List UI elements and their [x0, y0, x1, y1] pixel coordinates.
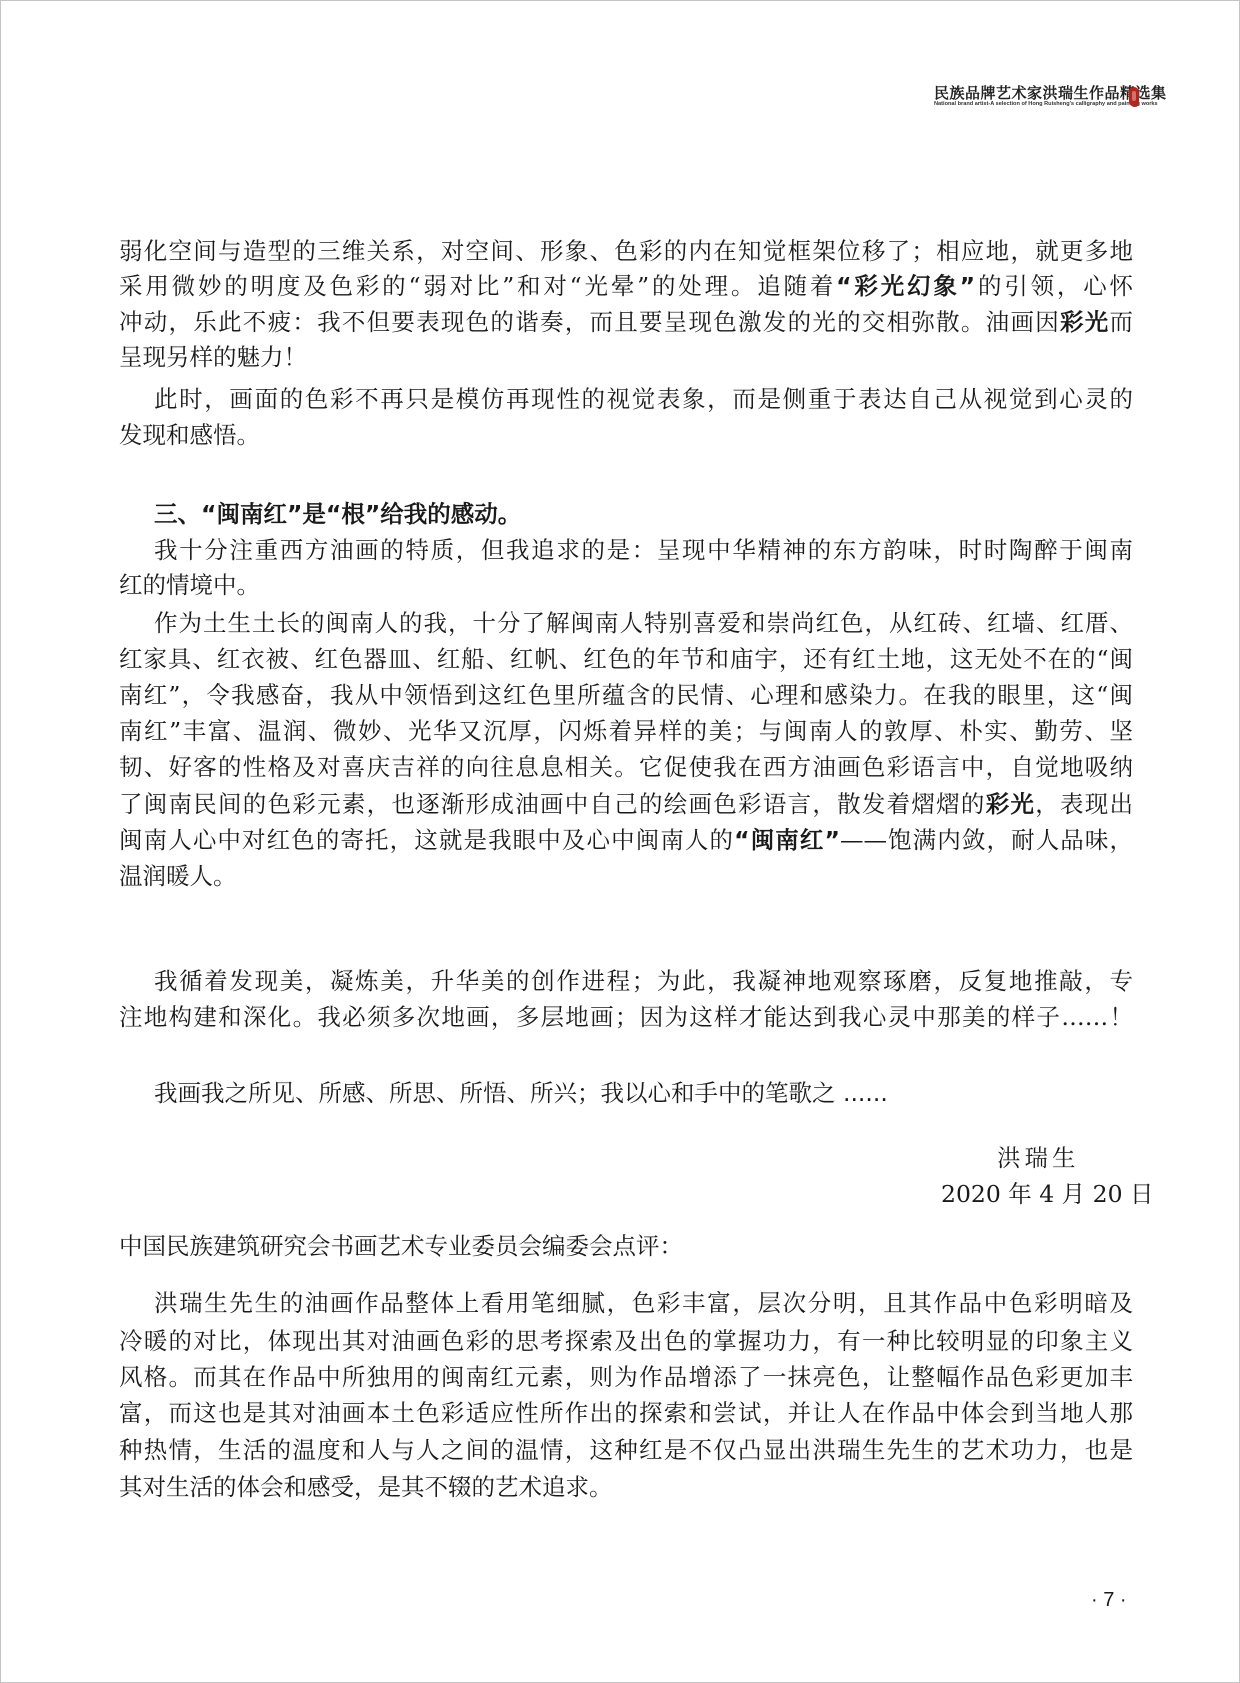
closing-text: 所见、所感、所思、所悟、所兴；我以心和手中的笔歌之 ......	[248, 1079, 888, 1107]
review-line: 其对生活的体会和感受，是其不辍的艺术追求。	[119, 1469, 1133, 1505]
review-line: 洪瑞生先生的油画作品整体上看用笔细腻，色彩丰富，层次分明，且其作品中色彩明暗及	[119, 1285, 1133, 1321]
emphasis-text: 彩光	[1060, 308, 1110, 336]
emphasis-text: “彩光幻象”	[836, 272, 975, 300]
emphasis-text: 彩光	[986, 790, 1036, 818]
body-line: 红家具、红衣被、红色器皿、红船、红帆、红色的年节和庙宇，还有红土地，这无处不在的…	[119, 641, 1133, 677]
body-line: 发现和感悟。	[119, 417, 1133, 453]
body-line: 采用微妙的明度及色彩的“弱对比”和对“光晕”的处理。追随着“彩光幻象”的引领，心…	[119, 268, 1133, 304]
body-line: 温润暖人。	[119, 858, 1133, 894]
review-line: 风格。而其在作品中所独用的闽南红元素，则为作品增添了一抹亮色，让整幅作品色彩更加…	[119, 1359, 1133, 1395]
body-line: 红的情境中。	[119, 567, 1133, 603]
review-line: 富，而这也是其对油画本土色彩适应性所作出的探索和尝试，并让人在作品中体会到当地人…	[119, 1395, 1133, 1431]
signature-date: 2020 年 4 月 20 日	[941, 1176, 1154, 1212]
review-line: 冷暖的对比，体现出其对油画色彩的思考探索及出色的掌握功力，有一种比较明显的印象主…	[119, 1323, 1133, 1359]
header-title: 民族品牌艺术家洪瑞生作品精选集	[934, 85, 1134, 101]
review-line: 种热情，生活的温度和人与人之间的温情，这种红是不仅凸显出洪瑞生先生的艺术功力，也…	[119, 1432, 1133, 1468]
body-line: 弱化空间与造型的三维关系，对空间、形象、色彩的内在知觉框架位移了；相应地，就更多…	[119, 233, 1133, 269]
document-page: 民族品牌艺术家洪瑞生作品精选集 National brand artist-A …	[0, 0, 1240, 1683]
section-heading: 三、“闽南红”是“根”给我的感动。	[119, 496, 1133, 532]
signature-name: 洪瑞生	[997, 1140, 1080, 1176]
body-line: 闽南人心中对红色的寄托，这就是我眼中及心中闽南人的“闽南红”——饱满内敛，耐人品…	[119, 822, 1133, 858]
emphasis-text: “闽南红”	[734, 826, 840, 854]
body-line: 此时，画面的色彩不再只是模仿再现性的视觉表象，而是侧重于表达自己从视觉到心灵的	[119, 381, 1133, 417]
page-number: · 7 ·	[1091, 1587, 1127, 1613]
body-line: 我循着发现美，凝炼美，升华美的创作进程；为此，我凝神地观察琢磨，反复地推敲，专	[119, 963, 1133, 999]
body-line: 我十分注重西方油画的特质，但我追求的是：呈现中华精神的东方韵味，时时陶醉于闽南	[119, 532, 1133, 568]
header-subtitle: National brand artist-A selection of Hon…	[934, 101, 1134, 108]
body-line: 冲动，乐此不疲：我不但要表现色的谐奏，而且要呈现色激发的光的交相弥散。油画因彩光…	[119, 304, 1133, 340]
body-line: 了闽南民间的色彩元素，也逐渐形成油画中自己的绘画色彩语言，散发着熠熠的彩光，表现…	[119, 786, 1133, 822]
body-line: 南红”，令我感奋，我从中领悟到这红色里所蕴含的民情、心理和感染力。在我的眼里，这…	[119, 677, 1133, 713]
body-line: 韧、好客的性格及对喜庆吉祥的向往息息相关。它促使我在西方油画色彩语言中，自觉地吸…	[119, 749, 1133, 785]
body-line: 呈现另样的魅力！	[119, 339, 1133, 375]
review-heading: 中国民族建筑研究会书画艺术专业委员会编委会点评：	[119, 1228, 1133, 1264]
body-line: 南红”丰富、温润、微妙、光华又沉厚，闪烁着异样的美；与闽南人的敦厚、朴实、勤劳、…	[119, 713, 1133, 749]
seal-stamp-icon	[1129, 87, 1139, 107]
body-line: 我画我之所见、所感、所思、所悟、所兴；我以心和手中的笔歌之 ......	[119, 1075, 1133, 1111]
body-line: 作为土生土长的闽南人的我，十分了解闽南人特别喜爱和崇尚红色，从红砖、红墙、红厝、	[119, 605, 1133, 641]
running-header: 民族品牌艺术家洪瑞生作品精选集 National brand artist-A …	[934, 85, 1134, 108]
body-line: 注地构建和深化。我必须多次地画，多层地画；因为这样才能达到我心灵中那美的样子………	[119, 999, 1133, 1035]
